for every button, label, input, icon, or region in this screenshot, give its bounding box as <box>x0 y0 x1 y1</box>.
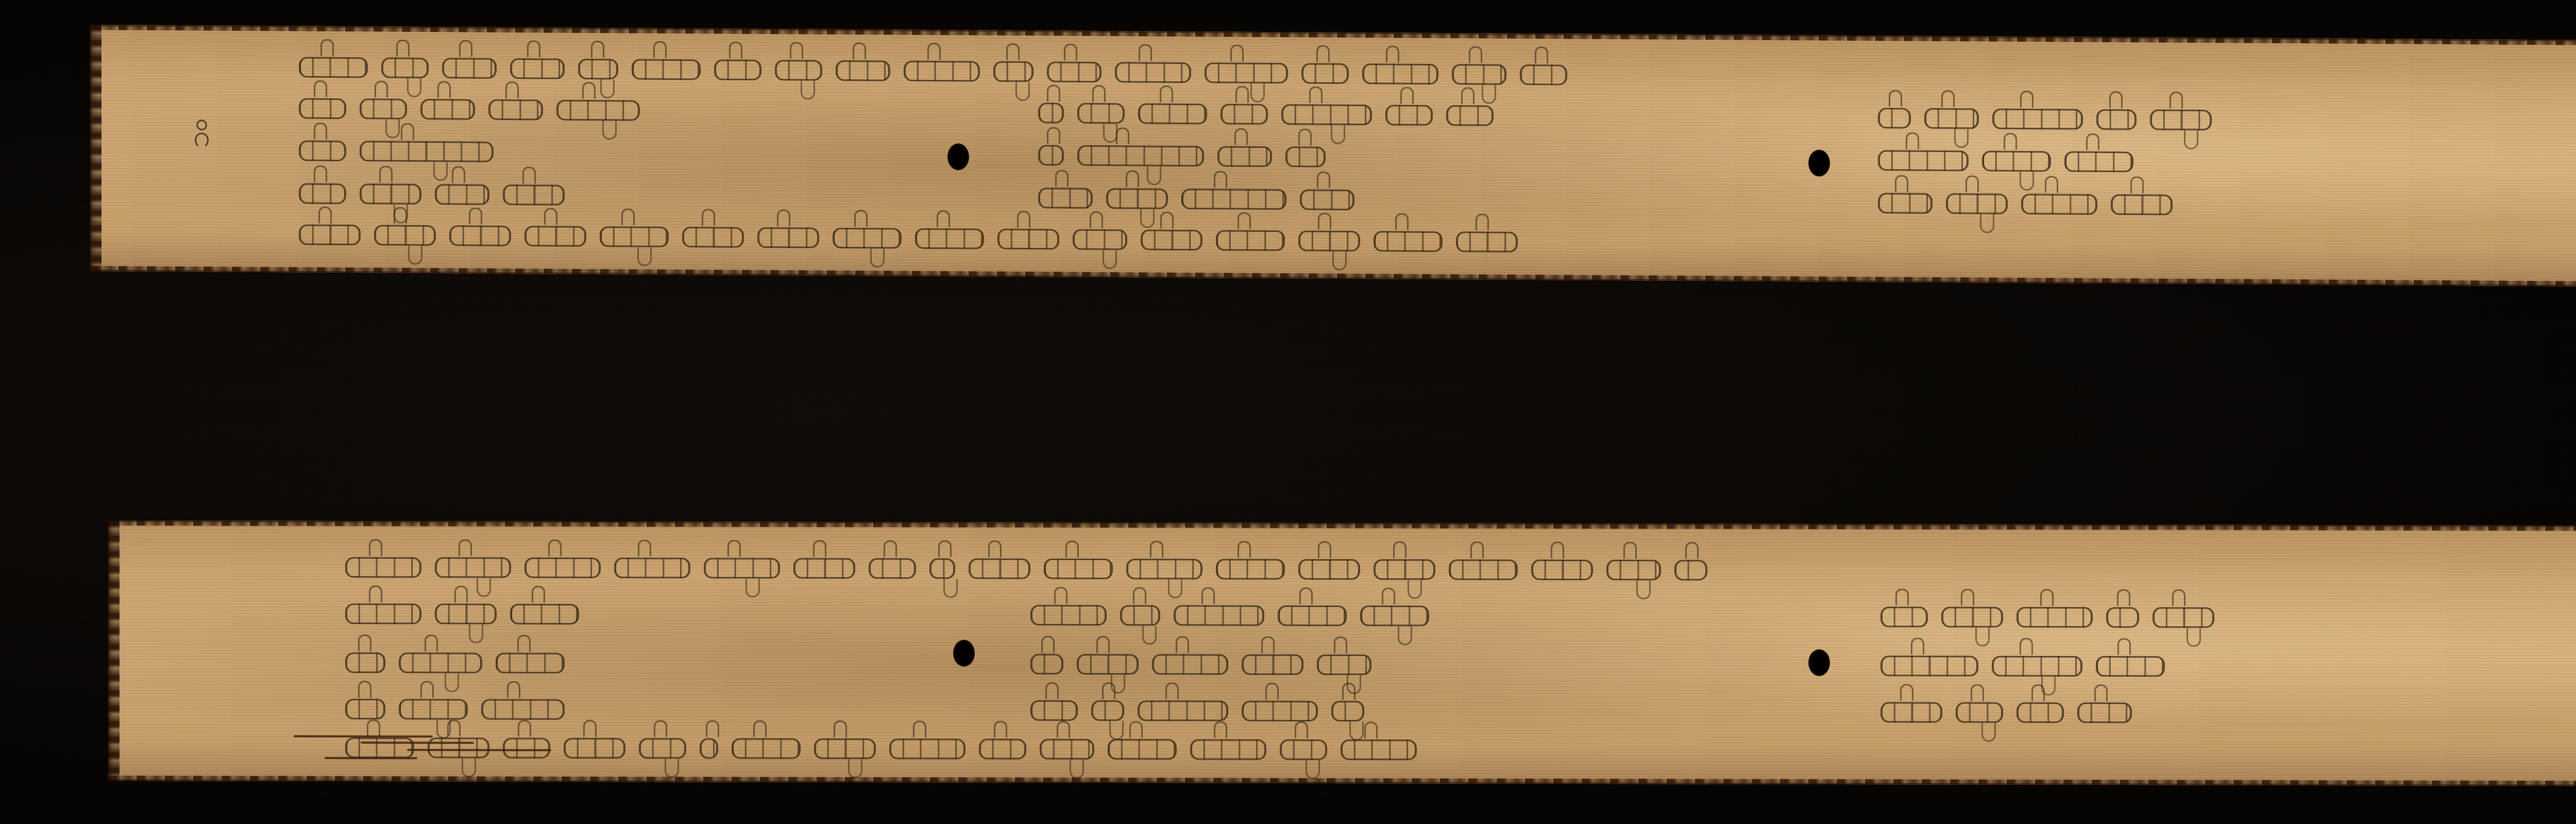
handwritten-word <box>929 558 955 579</box>
handwritten-word <box>360 141 494 162</box>
manuscript-text-line <box>299 224 1518 252</box>
handwritten-word <box>1956 702 2003 723</box>
handwritten-word <box>1030 654 1063 675</box>
handwritten-word <box>1217 146 1272 167</box>
palm-leaf-top: ဂိ <box>90 25 2576 287</box>
manuscript-text-line <box>299 183 565 205</box>
handwritten-word <box>1360 606 1429 626</box>
handwritten-word <box>632 59 701 80</box>
manuscript-text-line <box>1880 655 2165 677</box>
handwritten-word <box>1141 229 1202 250</box>
handwritten-word <box>600 226 669 247</box>
palm-leaf-bottom <box>108 520 2576 786</box>
handwritten-word <box>1946 193 2008 214</box>
handwritten-word <box>1385 105 1433 126</box>
handwritten-word <box>1077 654 1139 675</box>
handwritten-word <box>1878 108 1911 128</box>
handwritten-word <box>700 738 718 759</box>
handwritten-word <box>399 652 482 673</box>
binding-hole-left <box>953 640 975 666</box>
handwritten-word <box>510 604 579 625</box>
handwritten-word <box>757 227 819 248</box>
handwritten-word <box>1878 150 1969 171</box>
handwritten-word <box>2150 109 2212 130</box>
handwritten-word <box>614 558 690 578</box>
handwritten-word <box>1992 656 2082 677</box>
handwritten-word <box>1281 104 1372 125</box>
manuscript-text-line <box>299 140 494 162</box>
handwritten-word <box>1880 655 1978 676</box>
handwritten-word <box>1674 560 1707 580</box>
handwritten-word <box>524 558 601 578</box>
handwritten-word <box>1221 104 1268 125</box>
manuscript-text-line <box>1038 103 1494 126</box>
handwritten-word <box>503 738 550 759</box>
handwritten-word <box>1242 701 1318 721</box>
manuscript-text-line <box>1038 188 1354 210</box>
handwritten-word <box>979 739 1026 760</box>
handwritten-word <box>1038 103 1064 123</box>
handwritten-word <box>1077 145 1204 167</box>
binding-hole-right <box>1808 649 1830 676</box>
handwritten-word <box>1190 739 1266 760</box>
handwritten-word <box>1181 189 1286 210</box>
handwritten-word <box>496 653 565 674</box>
handwritten-word <box>1091 700 1124 721</box>
handwritten-word <box>1174 605 1264 626</box>
handwritten-word <box>299 140 346 161</box>
handwritten-word <box>360 183 421 205</box>
handwritten-word <box>510 58 565 79</box>
handwritten-word <box>869 558 916 579</box>
handwritten-word <box>503 184 565 206</box>
handwritten-word <box>1531 560 1593 580</box>
manuscript-text-line <box>1878 150 2133 172</box>
handwritten-word <box>704 558 780 578</box>
binding-hole-left <box>947 143 969 170</box>
handwritten-word <box>299 98 346 119</box>
handwritten-word <box>2106 607 2139 628</box>
handwritten-word <box>1941 607 2003 627</box>
handwritten-word <box>435 184 489 205</box>
manuscript-text-line <box>345 557 1707 581</box>
handwritten-word <box>1044 559 1113 579</box>
handwritten-word <box>399 699 468 719</box>
handwritten-word <box>1030 700 1078 721</box>
handwritten-word <box>564 738 625 759</box>
handwritten-word <box>442 58 497 79</box>
manuscript-text-line <box>1030 605 1429 627</box>
handwritten-word <box>2096 109 2137 130</box>
handwritten-word <box>915 228 984 249</box>
handwritten-word <box>2064 151 2133 172</box>
handwritten-word <box>449 225 511 246</box>
handwritten-word <box>1880 607 1928 627</box>
handwritten-word <box>1300 189 1354 210</box>
manuscript-text-line <box>1878 108 2212 130</box>
handwritten-word <box>833 228 902 249</box>
handwritten-word <box>1924 108 1979 129</box>
handwritten-word <box>1040 739 1094 760</box>
handwritten-word <box>2016 607 2093 628</box>
handwritten-word <box>1285 146 1326 167</box>
handwritten-word <box>1138 700 1228 721</box>
handwritten-word <box>2111 194 2173 215</box>
handwritten-word <box>488 99 543 121</box>
handwritten-word <box>1108 739 1177 760</box>
handwritten-word <box>1278 606 1347 626</box>
manuscript-text-line <box>1878 193 2173 215</box>
handwritten-word <box>969 558 1030 579</box>
handwritten-word <box>1216 230 1285 251</box>
handwritten-word <box>1138 103 1207 124</box>
handwritten-word <box>775 60 822 81</box>
handwritten-word <box>345 603 421 624</box>
handwritten-word <box>639 738 686 759</box>
handwritten-word <box>2077 702 2132 723</box>
handwritten-word <box>1280 739 1327 760</box>
handwritten-word <box>1038 145 1064 165</box>
handwritten-word <box>1362 63 1438 85</box>
handwritten-word <box>1126 559 1202 579</box>
manuscript-text-line <box>1030 700 1364 721</box>
handwritten-word <box>556 100 640 121</box>
handwritten-word <box>1449 559 1518 580</box>
handwritten-word <box>1520 64 1567 86</box>
handwritten-word <box>1374 231 1443 252</box>
handwritten-word <box>1038 188 1093 209</box>
handwritten-word <box>2016 702 2064 723</box>
handwritten-word <box>814 738 876 759</box>
handwritten-word <box>345 699 385 719</box>
handwritten-word <box>420 99 475 120</box>
handwritten-word <box>1301 63 1349 84</box>
handwritten-word <box>360 98 407 120</box>
handwritten-word <box>1452 64 1506 85</box>
handwritten-word <box>1077 103 1125 124</box>
handwritten-word <box>524 226 586 247</box>
handwritten-word <box>1317 654 1371 675</box>
handwritten-word <box>299 224 361 245</box>
handwritten-word <box>1446 105 1494 126</box>
handwritten-word <box>1374 559 1435 580</box>
handwritten-word <box>1298 559 1360 580</box>
handwritten-word <box>1331 701 1364 721</box>
handwritten-word <box>1606 560 1661 580</box>
handwritten-word <box>1073 229 1127 250</box>
handwritten-word <box>345 652 385 673</box>
handwritten-word <box>904 61 980 82</box>
handwritten-word <box>481 699 565 720</box>
handwritten-word <box>1216 559 1285 580</box>
handwritten-word <box>374 225 436 246</box>
handwritten-word <box>793 558 855 579</box>
handwritten-word <box>836 60 890 81</box>
handwritten-word <box>682 227 744 248</box>
handwritten-word <box>2096 656 2165 677</box>
handwritten-word <box>1456 231 1518 253</box>
leaf-edge-left <box>108 520 120 781</box>
handwritten-word <box>889 738 965 759</box>
handwritten-word <box>345 557 421 578</box>
handwritten-word <box>1047 61 1101 82</box>
handwritten-word <box>997 229 1059 250</box>
handwritten-word <box>578 59 618 79</box>
handwritten-word <box>435 557 511 578</box>
handwritten-word <box>2021 194 2097 215</box>
handwritten-word <box>1152 654 1228 675</box>
manuscript-text-line <box>345 737 1417 760</box>
handwritten-word <box>1205 62 1288 83</box>
handwritten-word <box>1298 230 1360 251</box>
handwritten-word <box>993 61 1033 82</box>
handwritten-word <box>1982 150 2051 172</box>
handwritten-word <box>1030 605 1107 626</box>
manuscript-text-line <box>1880 607 2214 628</box>
handwritten-word <box>1115 62 1191 83</box>
handwritten-word <box>2153 607 2214 628</box>
manuscript-text-line <box>345 699 565 720</box>
manuscript-text-line <box>1038 145 1326 167</box>
manuscript-text-line <box>299 98 640 121</box>
leaf-edge-left <box>90 25 101 271</box>
manuscript-text-line <box>345 603 579 625</box>
handwritten-word <box>1880 702 1942 722</box>
handwritten-word <box>1120 605 1160 626</box>
manuscript-text-line <box>299 57 1567 85</box>
handwritten-word <box>1878 193 1933 214</box>
handwritten-word <box>1341 739 1417 760</box>
handwritten-word <box>1242 654 1303 675</box>
handwritten-word <box>732 738 801 759</box>
handwritten-word <box>381 57 429 78</box>
handwritten-word <box>299 57 368 78</box>
manuscript-text-line <box>1880 702 2132 723</box>
handwritten-word <box>435 603 497 624</box>
handwritten-word <box>1992 109 2083 130</box>
handwritten-word <box>714 59 761 80</box>
handwritten-word <box>299 183 346 204</box>
handwritten-word <box>345 737 414 758</box>
handwritten-word <box>1106 188 1168 209</box>
manuscript-text-line <box>1030 654 1371 675</box>
manuscript-text-line <box>345 652 565 674</box>
folio-marker: ဂိ <box>193 121 210 150</box>
handwritten-word <box>428 737 489 758</box>
binding-hole-right <box>1808 149 1830 176</box>
